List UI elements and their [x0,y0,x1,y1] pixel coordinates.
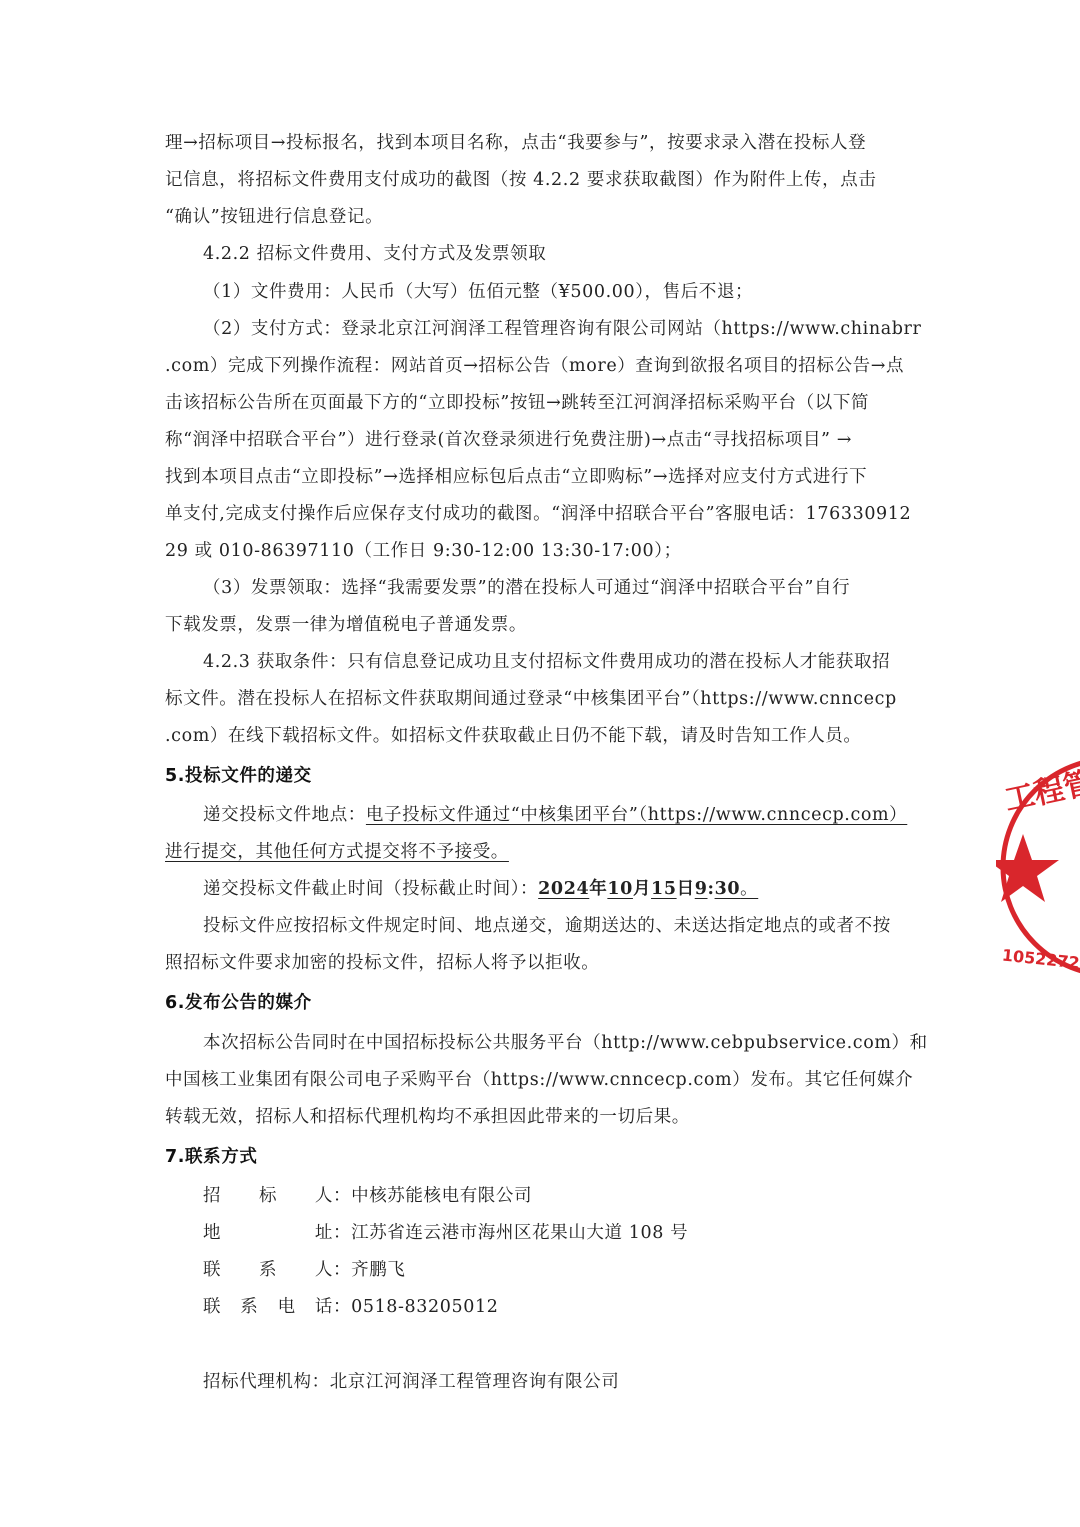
submission-location-value-2: 进行提交，其他任何方式提交将不予接受。 [165,842,509,862]
subsection-title-4-2-2: 4.2.2 招标文件费用、支付方式及发票领取 [203,242,925,266]
contact-row-tenderer: 招标人：中核苏能核电有限公司 [203,1184,532,1208]
seal-bottom-text: 10522727 [1001,945,1080,973]
submission-deadline: 递交投标文件截止时间（投标截止时间）：2024年10月15日9:30。 [203,877,925,901]
media-line: 中国核工业集团有限公司电子采购平台（https://www.cnncecp.co… [165,1068,925,1092]
document-page: 理→招标项目→投标报名，找到本项目名称，点击“我要参与”，按要求录入潜在投标人登… [0,0,1080,1527]
contact-value: 江苏省连云港市海州区花果山大道 108 号 [351,1223,688,1243]
media-line: 转载无效，招标人和招标代理机构均不承担因此带来的一切后果。 [165,1105,925,1129]
acquisition-line: 标文件。潜在投标人在招标文件获取期间通过登录“中核集团平台”（https://w… [165,687,925,711]
contact-row-person: 联系人：齐鹏飞 [203,1258,405,1282]
deadline-end: 。 [740,879,758,899]
contact-label: 联系人 [203,1258,333,1282]
text-line: “确认”按钮进行信息登记。 [165,205,925,229]
payment-line: （2）支付方式：登录北京江河润泽工程管理咨询有限公司网站（https://www… [203,317,925,341]
deadline-day: 15 [651,879,677,899]
contact-label: 联系电话 [203,1295,333,1319]
media-line: 本次招标公告同时在中国招标投标公共服务平台（http://www.cebpubs… [203,1031,925,1055]
deadline-month-unit: 月 [633,879,651,899]
submission-location: 递交投标文件地点：电子投标文件通过“中核集团平台”（https://www.cn… [203,803,925,827]
invoice-line: 下载发票，发票一律为增值税电子普通发票。 [165,613,925,637]
invoice-line: （3）发票领取：选择“我需要发票”的潜在投标人可通过“润泽中招联合平台”自行 [203,576,925,600]
agency-value: 北京江河润泽工程管理咨询有限公司 [330,1372,620,1392]
section-5-title: 5.投标文件的递交 [165,764,925,788]
deadline-colon: : [708,879,715,899]
text-line: 理→招标项目→投标报名，找到本项目名称，点击“我要参与”，按要求录入潜在投标人登 [165,131,925,155]
contact-value: 齐鹏飞 [351,1260,405,1280]
contact-value: 中核苏能核电有限公司 [351,1186,532,1206]
contact-row-address: 地址：江苏省连云港市海州区花果山大道 108 号 [203,1221,688,1245]
submission-location-label: 递交投标文件地点： [203,805,366,825]
contact-label: 地址 [203,1221,333,1245]
section-6-title: 6.发布公告的媒介 [165,991,925,1015]
payment-line: 找到本项目点击“立即投标”→选择相应标包后点击“立即购标”→选择对应支付方式进行… [165,465,925,489]
text-line: 记信息，将招标文件费用支付成功的截图（按 4.2.2 要求获取截图）作为附件上传… [165,168,925,192]
fee-line: （1）文件费用：人民币（大写）伍佰元整（¥500.00），售后不退； [203,280,925,304]
acquisition-line: 4.2.3 获取条件：只有信息登记成功且支付招标文件费用成功的潜在投标人才能获取… [203,650,925,674]
company-seal-stamp: 工程管理 10522727 [996,752,1080,982]
deadline-month: 10 [607,879,633,899]
submission-location-value: 电子投标文件通过“中核集团平台”（https://www.cnncecp.com… [366,805,907,825]
deadline-day-unit: 日 [677,879,695,899]
contact-value: 0518-83205012 [351,1297,498,1317]
contact-row-agency: 招标代理机构：北京江河润泽工程管理咨询有限公司 [203,1370,619,1394]
payment-line: 击该招标公告所在页面最下方的“立即投标”按钮→跳转至江河润泽招标采购平台（以下简 [165,391,925,415]
deadline-minute: 30 [715,879,741,899]
contact-row-phone: 联系电话：0518-83205012 [203,1295,498,1319]
deadline-year-unit: 年 [589,879,607,899]
submission-location-cont: 进行提交，其他任何方式提交将不予接受。 [165,840,925,864]
contact-label: 招标人 [203,1184,333,1208]
payment-line: 29 或 010-86397110（工作日 9:30-12:00 13:30-1… [165,539,925,563]
payment-line: 单支付,完成支付操作后应保存支付成功的截图。“润泽中招联合平台”客服电话：176… [165,502,925,526]
late-submission-line: 投标文件应按招标文件规定时间、地点递交，逾期送达的、未送达指定地点的或者不按 [203,914,925,938]
deadline-hour: 9 [695,879,708,899]
deadline-label: 递交投标文件截止时间（投标截止时间）： [203,879,538,899]
deadline-year: 2024 [538,879,589,899]
seal-icon: 工程管理 10522727 [996,752,1080,982]
payment-line: 称“润泽中招联合平台”）进行登录(首次登录须进行免费注册)→点击“寻找招标项目”… [165,428,925,452]
section-7-title: 7.联系方式 [165,1145,925,1169]
late-submission-line: 照招标文件要求加密的投标文件，招标人将予以拒收。 [165,951,925,975]
agency-label: 招标代理机构： [203,1372,330,1392]
payment-line: .com）完成下列操作流程：网站首页→招标公告（more）查询到欲报名项目的招标… [165,354,925,378]
acquisition-line: .com）在线下载招标文件。如招标文件获取截止日仍不能下载，请及时告知工作人员。 [165,724,925,748]
